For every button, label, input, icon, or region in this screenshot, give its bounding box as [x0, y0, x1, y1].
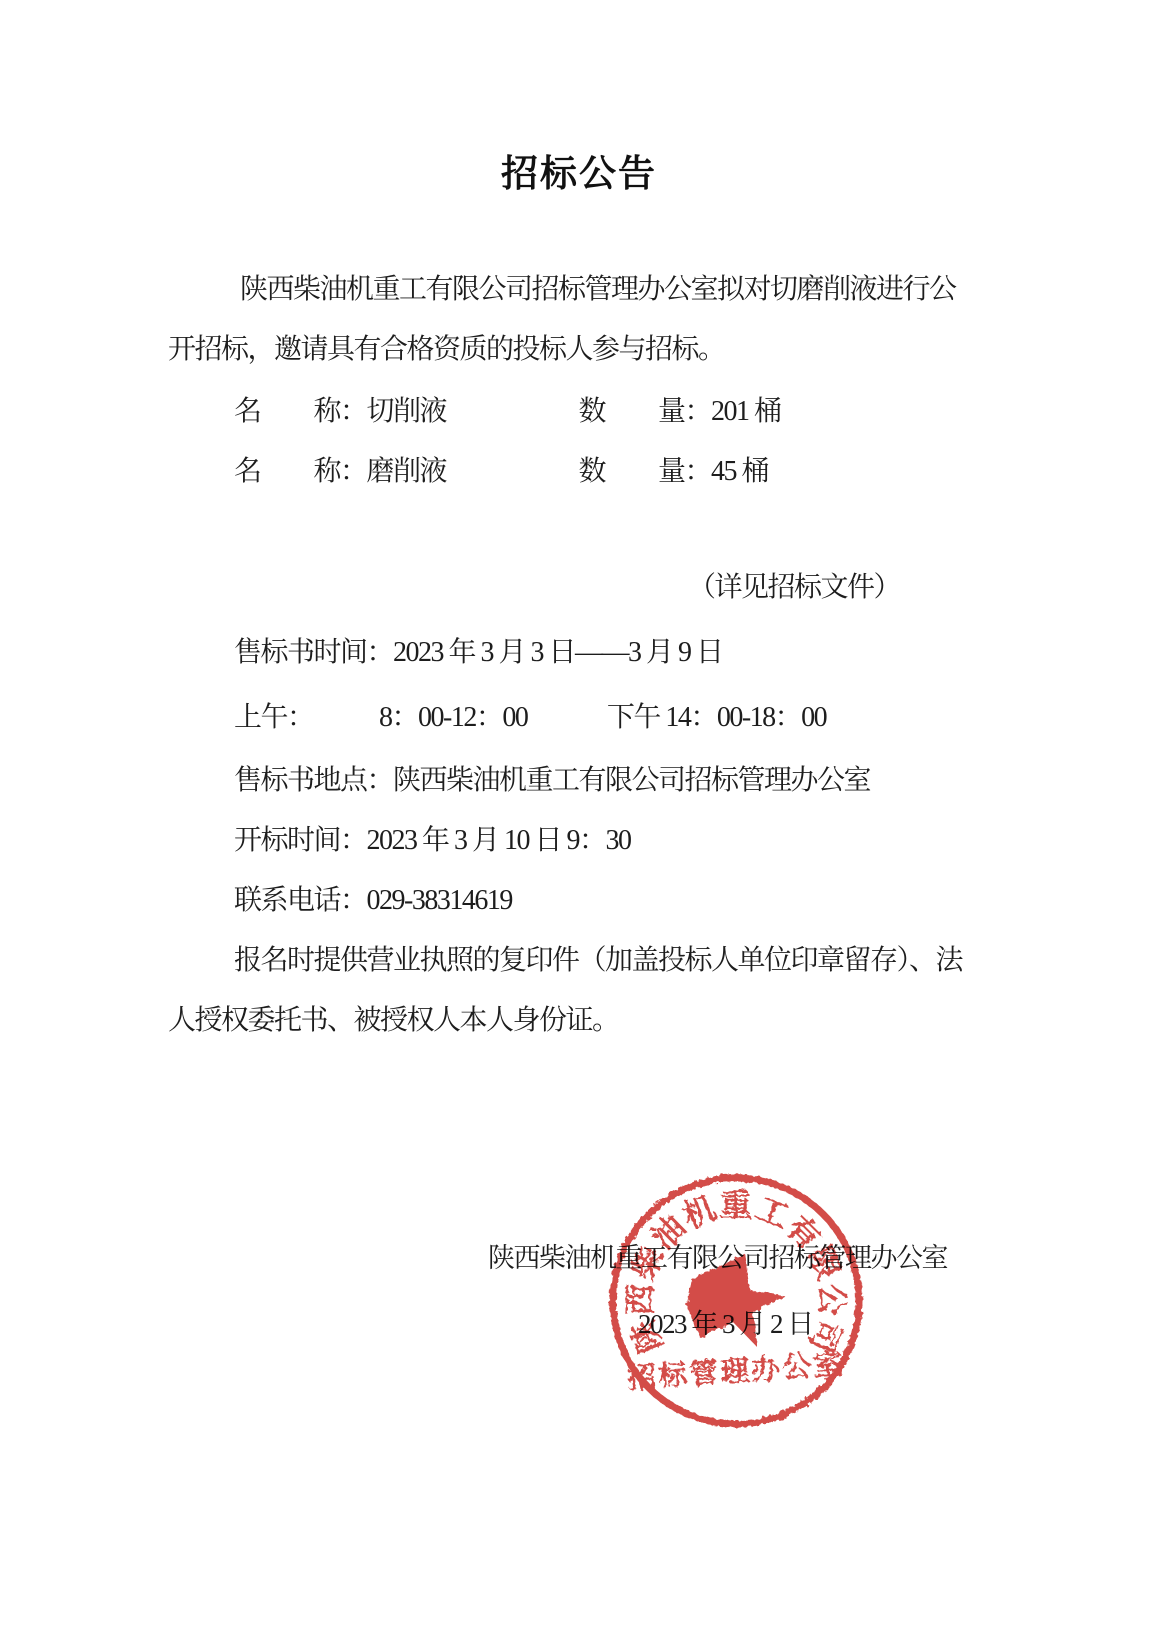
document-title: 招标公告: [0, 143, 1158, 197]
register-line-2: 人授权委托书、被授权人本人身份证。: [168, 1005, 619, 1037]
intro-line-1: 陕西柴油机重工有限公司招标管理办公室拟对切磨削液进行公: [240, 274, 956, 306]
document-page: 招标公告 陕西柴油机重工有限公司招标管理办公室拟对切磨削液进行公 开招标，邀请具…: [0, 0, 1158, 1638]
seal-office-name: 招标管理办公室: [626, 1346, 845, 1395]
company-seal: 陕西柴油机重工有限公司 招标管理办公室: [584, 1149, 888, 1453]
sale-time-line: 售标书时间：2023 年 3 月 3 日——3 月 9 日: [234, 637, 723, 669]
item-row-grinding-fluid: 名 称：磨削液 数 量：45 桶: [234, 456, 768, 488]
seal-star-icon: [687, 1254, 786, 1348]
open-time-line: 开标时间：2023 年 3 月 10 日 9：30: [234, 825, 631, 857]
sale-place-line: 售标书地点：陕西柴油机重工有限公司招标管理办公室: [234, 765, 870, 797]
see-documents-note: （详见招标文件）: [688, 572, 900, 604]
phone-line: 联系电话：029-38314619: [234, 885, 512, 917]
sale-hours-line: 上午： 8：00-12：00 下午 14：00-18：00: [234, 702, 826, 734]
item-row-cutting-fluid: 名 称：切削液 数 量：201 桶: [234, 396, 781, 428]
register-line-1: 报名时提供营业执照的复印件（加盖投标人单位印章留存）、法: [234, 945, 962, 977]
intro-line-2: 开招标，邀请具有合格资质的投标人参与招标。: [168, 334, 725, 366]
